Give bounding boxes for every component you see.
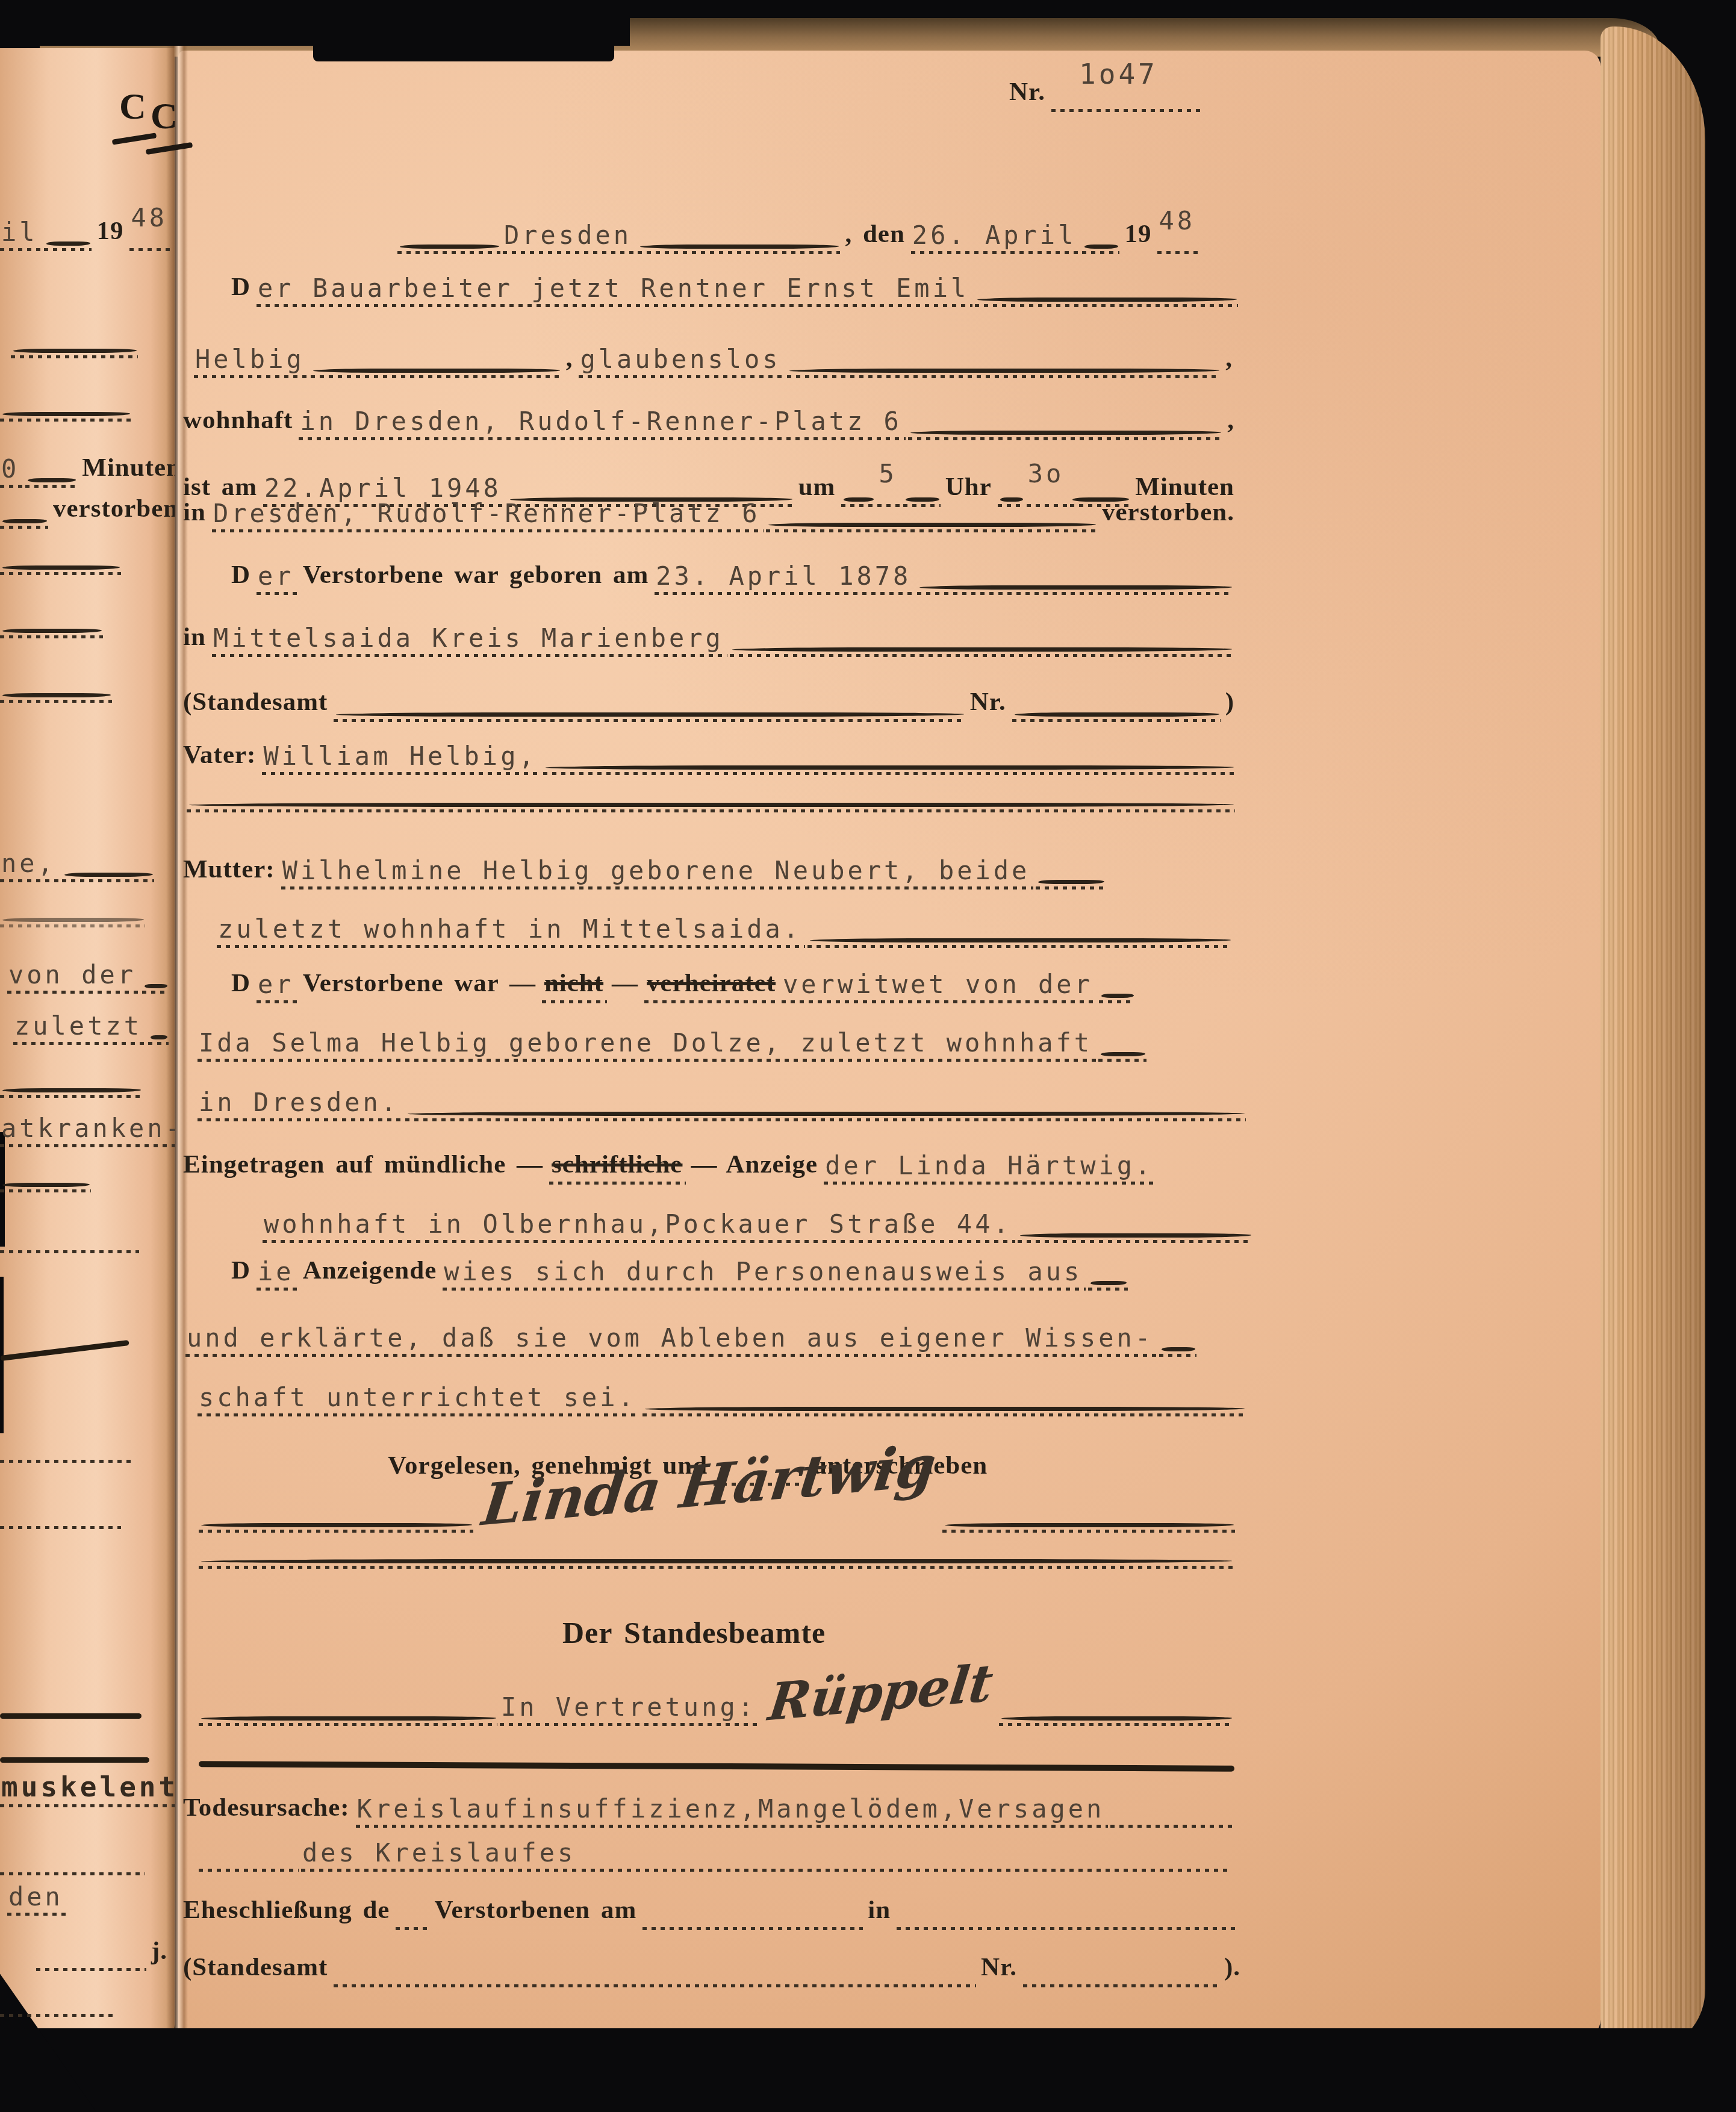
scan-background-bottom — [0, 2028, 1736, 2112]
surname-field: Helbig — [194, 344, 311, 380]
ink-line — [917, 575, 1236, 597]
standesamt-open: (Standesamt — [181, 1952, 334, 1989]
dotted-line — [36, 1954, 149, 1973]
birth-place-row: in Mittelsaida Kreis Marienberg — [181, 622, 1236, 659]
date-field: 26. April — [911, 220, 1083, 256]
ink-line — [1098, 1042, 1149, 1064]
informant-id-row: D ie Anzeigende wies sich durch Personen… — [229, 1256, 1255, 1292]
left-frag-j-row: j. — [36, 1936, 173, 1973]
birth-date-field: 23. April 1878 — [655, 561, 917, 597]
registrar-title-row: Der Standesbeamte — [560, 1615, 897, 1657]
born-label: Verstorbene war geboren am — [300, 560, 655, 597]
left-frag-ne-row: ne, — [0, 849, 157, 884]
ink-line — [0, 509, 51, 531]
left-frag-verstorben-row: verstorben — [0, 494, 173, 531]
left-frag-line — [0, 555, 123, 577]
left-page-fragments: il 19 48 0 Minuten verstorben ne, von de… — [0, 0, 175, 2112]
left-frag-kranken: atkranken- — [0, 1114, 175, 1149]
printed-dash: — — [609, 968, 644, 1005]
dotted-line — [0, 1445, 135, 1465]
ink-line — [397, 234, 503, 256]
ink-line — [199, 1513, 476, 1534]
ink-line — [0, 908, 148, 929]
declaration-field-1: und erklärte, daß sie vom Ableben aus ei… — [185, 1323, 1159, 1359]
dotted-line — [642, 1913, 865, 1932]
in-label: in — [181, 497, 212, 534]
marital-printed: Verstorbene war — — [300, 968, 542, 1005]
declaration-field-2: schaft unterrichtet sei. — [198, 1383, 642, 1418]
printed-d: D — [229, 968, 257, 1005]
left-frag-dots — [0, 1236, 142, 1255]
marriage-row: Eheschließung de Verstorbenen am in — [181, 1895, 1240, 1932]
typed-ie: ie — [257, 1257, 300, 1292]
report-type-row: Eingetragen auf mündliche — schriftliche… — [181, 1150, 1258, 1186]
left-frag-dots — [0, 1445, 135, 1465]
dotted-line — [396, 1913, 432, 1932]
id-proof-field: wies sich durch Personenausweis aus — [443, 1257, 1088, 1292]
left-frag-zuletzt-row: zuletzt — [13, 1011, 171, 1047]
left-frag-muskel-row: muskelent- — [0, 1771, 173, 1809]
registrar-signature: Rüppelt — [762, 1660, 1004, 1728]
death-place-row: in Dresden, Rudolf-Renner-Platz 6 versto… — [181, 497, 1240, 534]
left-frag-dots — [0, 1858, 148, 1877]
blank-rule-row — [187, 793, 1237, 814]
declaration-row-1: und erklärte, daß sie vom Ableben aus ei… — [185, 1323, 1257, 1359]
ink-line — [908, 420, 1225, 442]
deceased-row-1: D er Bauarbeiter jetzt Rentner Ernst Emi… — [229, 272, 1240, 309]
den-label: , den — [842, 219, 910, 256]
left-frag-19: 19 — [94, 216, 129, 253]
left-frag-dots — [0, 1512, 123, 1531]
printed-comma: , — [1225, 405, 1240, 442]
left-frag-zero: 0 — [0, 454, 25, 490]
printed-d: D — [229, 560, 257, 597]
standesbeamte-title: Der Standesbeamte — [560, 1615, 832, 1657]
scan-clip-shadow — [313, 0, 614, 61]
anzeigende-label: Anzeigende — [300, 1256, 443, 1292]
eheschliessung-label: Eheschließung de — [181, 1895, 396, 1932]
widowed-field: verwitwet von der — [782, 970, 1099, 1005]
declaration-row-2: schaft unterrichtet sei. — [198, 1383, 1248, 1418]
dotted-line — [1051, 95, 1206, 114]
cause-of-death-field-2: des Kreislaufes — [301, 1838, 582, 1874]
dotted-line — [582, 1854, 1234, 1874]
standesamt-open: (Standesamt — [181, 687, 334, 724]
vater-label: Vater: — [181, 740, 262, 777]
left-frag-minuten-row: 0 Minuten — [0, 453, 173, 490]
left-frag-line — [0, 1173, 93, 1194]
left-frag-heavy-rule — [0, 1757, 149, 1763]
ink-line — [0, 402, 134, 423]
ink-line — [807, 928, 1234, 950]
informant-signature-row: Linda Härtwig — [199, 1483, 1237, 1534]
record-number-row: Nr. — [1007, 77, 1206, 114]
ink-line — [787, 358, 1224, 380]
left-frag-48: 48 — [129, 203, 173, 253]
left-frag-date: il 19 48 — [0, 203, 173, 253]
ink-line — [0, 1173, 93, 1194]
left-frag-line — [0, 908, 148, 929]
mother-row-2: zuletzt wohnhaft in Mittelsaida. — [217, 914, 1234, 950]
dotted-line — [897, 1913, 1240, 1932]
ink-line — [199, 1706, 500, 1728]
left-frag-minuten: Minuten — [79, 453, 175, 490]
mutter-label: Mutter: — [181, 855, 281, 891]
dotted-line — [0, 1236, 142, 1255]
dotted-line — [334, 1970, 978, 1989]
todesursache-label: Todesursache: — [181, 1793, 356, 1830]
left-frag-line — [0, 402, 134, 423]
verheiratet-struck: verheiratet — [644, 968, 782, 1005]
verstorbenen-am-label: Verstorbenen am — [432, 1895, 642, 1932]
informant-residence-field: wohnhaft in Olbernhau,Pockauer Straße 44… — [263, 1209, 1018, 1245]
widow-row-1: Ida Selma Helbig geborene Dolze, zuletzt… — [198, 1028, 1257, 1064]
ink-line — [1012, 702, 1223, 724]
left-frag-ne: ne, — [0, 849, 62, 884]
left-frag-april: il — [0, 217, 44, 253]
religion-field: glaubenslos — [579, 344, 786, 380]
ink-line — [187, 793, 1237, 814]
ink-line — [142, 974, 171, 995]
deceased-row-2: Helbig , glaubenslos , — [194, 343, 1239, 380]
left-frag-line — [0, 683, 114, 705]
left-frag-line — [0, 1078, 145, 1100]
ink-line — [638, 234, 842, 256]
father-row: Vater: William Helbig, — [181, 740, 1237, 777]
eingetragen-printed: Eingetragen auf mündliche — — [181, 1150, 549, 1186]
ink-line — [148, 1025, 171, 1047]
death-place-field: Dresden, Rudolf-Renner-Platz 6 — [212, 499, 767, 534]
ink-line — [0, 1078, 145, 1100]
standesamt-nr-label: Nr. — [978, 1952, 1023, 1989]
scanned-death-register-page: C C 1o47 Nr. Dresden , den 26. April 19 … — [0, 0, 1736, 2112]
left-frag-line — [11, 338, 140, 360]
year-field: 48 — [1157, 206, 1201, 256]
typed-er: er — [257, 970, 300, 1005]
left-frag-zuletzt: zuletzt — [13, 1011, 148, 1047]
year-printed: 19 — [1122, 219, 1157, 256]
mother-field: Wilhelmine Helbig geborene Neubert, beid… — [281, 856, 1036, 891]
ink-line — [975, 287, 1240, 309]
ink-line — [1082, 234, 1122, 256]
ink-line — [1159, 1337, 1199, 1359]
in-label: in — [865, 1895, 897, 1932]
nicht-struck: nicht — [542, 968, 609, 1005]
standesamt-close: ) — [1223, 687, 1240, 724]
spouse-residence-field: in Dresden. — [198, 1088, 405, 1123]
vertretung-label: In Vertretung: — [500, 1692, 762, 1728]
registrar-signature-row: In Vertretung: Rüppelt — [199, 1681, 1236, 1728]
residence-field: in Dresden, Rudolf-Renner-Platz 6 — [299, 407, 907, 442]
dotted-line — [1110, 1810, 1237, 1830]
left-frag-diagonal-stroke — [0, 1340, 129, 1361]
birth-place-field: Mittelsaida Kreis Marienberg — [212, 623, 730, 659]
ink-line — [0, 683, 114, 705]
occupation-name-field: er Bauarbeiter jetzt Rentner Ernst Emil — [257, 273, 975, 309]
spouse-field: Ida Selma Helbig geborene Dolze, zuletzt… — [198, 1028, 1098, 1064]
mother-row: Mutter: Wilhelmine Helbig geborene Neube… — [181, 855, 1240, 891]
left-frag-line — [0, 618, 105, 640]
printed-comma: , — [564, 343, 579, 380]
ink-line — [543, 755, 1237, 777]
place-field: Dresden — [503, 220, 638, 256]
left-frag-verstorben: verstorben — [51, 494, 175, 531]
ink-line — [942, 1513, 1237, 1534]
dotted-line — [0, 1512, 123, 1531]
cause-of-death-field: Kreislaufinsuffizienz,Mangelödem,Versage… — [356, 1794, 1111, 1830]
mother-residence-field: zuletzt wohnhaft in Mittelsaida. — [217, 914, 807, 950]
ink-line — [0, 618, 105, 640]
left-frag-den-row: den — [7, 1882, 110, 1917]
dotted-line — [0, 1999, 117, 2019]
left-frag-von-der: von der — [7, 960, 142, 995]
ink-line — [199, 1549, 1236, 1571]
ink-line — [25, 468, 79, 490]
father-field: William Helbig, — [262, 741, 543, 777]
record-number-label: Nr. — [1007, 77, 1051, 114]
ink-line — [1099, 983, 1137, 1005]
left-frag-vonder-row: von der — [7, 960, 171, 995]
ink-line — [1088, 1271, 1130, 1292]
ink-line — [334, 702, 967, 724]
cause-of-death-row-2: des Kreislaufes — [199, 1838, 1234, 1874]
ink-line — [999, 1706, 1236, 1728]
typed-er: er — [257, 561, 300, 597]
residence-row: wohnhaft in Dresden, Rudolf-Renner-Platz… — [181, 405, 1240, 442]
standesamt-row: (Standesamt Nr. ) — [181, 687, 1240, 724]
ink-line — [766, 512, 1100, 534]
left-frag-muskel: muskelent- — [0, 1771, 175, 1809]
standesamt-footer-row: (Standesamt Nr. ). — [181, 1952, 1246, 1989]
marital-status-row: D er Verstorbene war — nicht — verheirat… — [229, 968, 1252, 1005]
ink-line — [1036, 870, 1108, 891]
blank-rule-row — [199, 1549, 1236, 1571]
widow-row-2: in Dresden. — [198, 1088, 1248, 1123]
place-date-row: Dresden , den 26. April 19 48 — [397, 206, 1201, 256]
printed-d: D — [229, 272, 257, 309]
page-stack-fore-edge — [1601, 26, 1705, 2043]
informant-residence-row: wohnhaft in Olbernhau,Pockauer Straße 44… — [263, 1209, 1255, 1245]
ink-line — [642, 1397, 1248, 1418]
ink-line — [730, 637, 1236, 659]
left-frag-kranken-row: atkranken- — [0, 1114, 173, 1149]
left-frag-j: j. — [149, 1936, 173, 1973]
ink-line — [0, 555, 123, 577]
birth-date-row: D er Verstorbene war geboren am 23. Apri… — [229, 560, 1236, 597]
verstorben-label: verstorben. — [1100, 497, 1240, 534]
ink-line — [44, 231, 95, 253]
left-frag-dots — [0, 1999, 117, 2019]
standesamt-nr-label: Nr. — [968, 687, 1012, 724]
printed-comma: , — [1223, 343, 1239, 380]
cause-of-death-row: Todesursache: Kreislaufinsuffizienz,Mang… — [181, 1793, 1237, 1830]
printed-d: D — [229, 1256, 257, 1292]
dotted-line — [0, 1858, 148, 1877]
dotted-line — [1023, 1970, 1222, 1989]
anzeige-label: Anzeige — [723, 1150, 824, 1186]
ink-line — [1018, 1223, 1255, 1245]
printed-dash: — — [688, 1150, 723, 1186]
ink-line — [311, 358, 564, 380]
ink-line — [62, 862, 157, 884]
in-label: in — [181, 622, 212, 659]
standesamt-close: ). — [1222, 1952, 1246, 1989]
wohnhaft-label: wohnhaft — [181, 405, 299, 442]
schriftliche-struck: schriftliche — [549, 1150, 688, 1186]
left-frag-den: den — [7, 1882, 69, 1917]
ink-line — [11, 338, 140, 360]
left-frag-heavy-rule — [0, 1713, 142, 1719]
dotted-line — [199, 1854, 301, 1874]
informant-field: der Linda Härtwig. — [824, 1151, 1159, 1186]
ink-line — [405, 1101, 1248, 1123]
